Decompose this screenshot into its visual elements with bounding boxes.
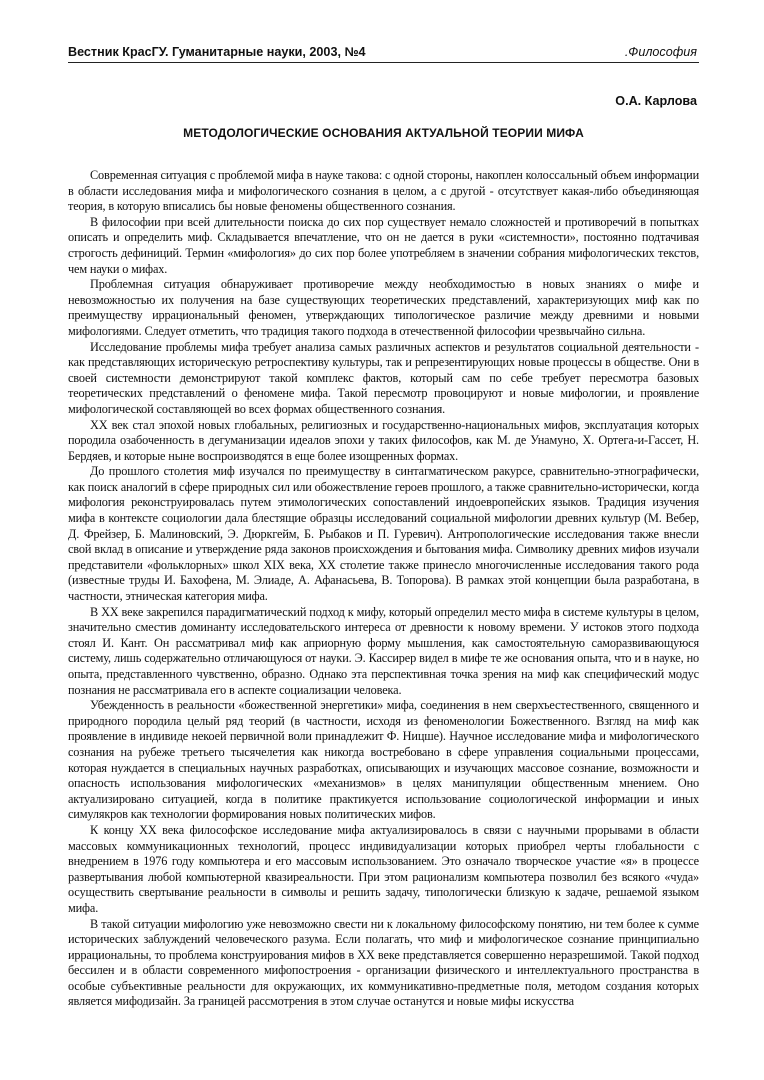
author-name: О.А. Карлова: [615, 94, 697, 108]
paragraph: Убежденность в реальности «божественной …: [68, 698, 699, 823]
section-name: .Философия: [625, 45, 697, 59]
paragraph: К концу XX века философское исследование…: [68, 823, 699, 917]
paragraph: До прошлого столетия миф изучался по пре…: [68, 464, 699, 604]
paragraph: В философии при всей длительности поиска…: [68, 215, 699, 277]
paragraph: В XX веке закрепился парадигматический п…: [68, 605, 699, 699]
article-title: МЕТОДОЛОГИЧЕСКИЕ ОСНОВАНИЯ АКТУАЛЬНОЙ ТЕ…: [68, 126, 699, 140]
paragraph: Проблемная ситуация обнаруживает противо…: [68, 277, 699, 339]
paragraph: XX век стал эпохой новых глобальных, рел…: [68, 418, 699, 465]
paragraph: Исследование проблемы мифа требует анали…: [68, 340, 699, 418]
journal-title: Вестник КрасГУ. Гуманитарные науки, 2003…: [68, 45, 365, 59]
article-body: Современная ситуация с проблемой мифа в …: [68, 168, 699, 1010]
paragraph: Современная ситуация с проблемой мифа в …: [68, 168, 699, 215]
running-head: Вестник КрасГУ. Гуманитарные науки, 2003…: [68, 44, 699, 63]
paragraph: В такой ситуации мифологию уже невозможн…: [68, 917, 699, 1011]
